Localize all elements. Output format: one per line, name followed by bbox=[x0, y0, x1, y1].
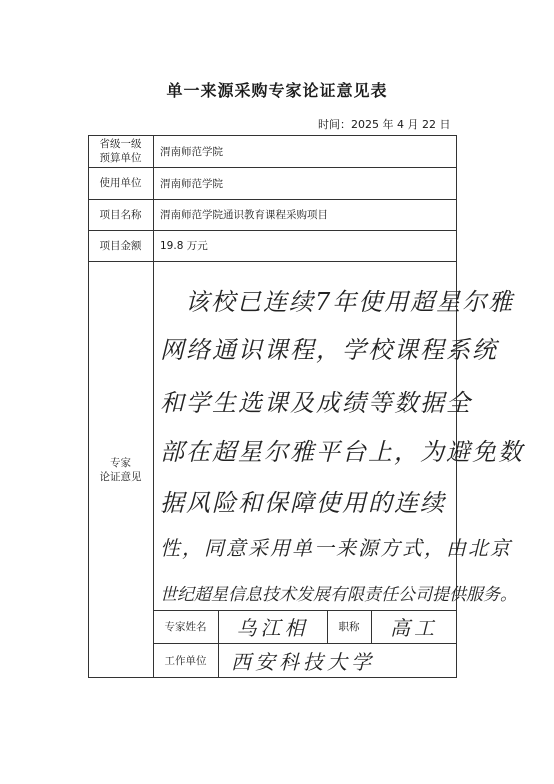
work-unit-label: 工作单位 bbox=[153, 643, 218, 678]
handwritten-line: 据风险和保障使用的连续 bbox=[160, 483, 446, 518]
budget-unit-value: 渭南师范学院 bbox=[160, 135, 450, 167]
handwritten-line: 性，同意采用单一来源方式，由北京 bbox=[160, 532, 512, 561]
date-line: 时间：2025 年 4 月 22 日 bbox=[318, 116, 450, 132]
expert-title-label: 职称 bbox=[327, 610, 371, 643]
handwritten-line: 世纪超星信息技术发展有限责任公司提供服务。 bbox=[160, 580, 517, 605]
expert-opinion-label: 专家 论证意见 bbox=[88, 261, 153, 678]
expert-name-label: 专家姓名 bbox=[153, 610, 218, 643]
project-amount-value: 19.8 万元 bbox=[160, 230, 450, 261]
document-title: 单一来源采购专家论证意见表 bbox=[0, 78, 554, 101]
expert-title-value: 高工 bbox=[371, 610, 457, 643]
project-name-label: 项目名称 bbox=[88, 199, 153, 230]
using-unit-value: 渭南师范学院 bbox=[160, 167, 450, 199]
column-divider bbox=[153, 135, 154, 678]
work-unit-value: 西安科技大学 bbox=[218, 643, 388, 678]
budget-unit-label: 省级一级 预算单位 bbox=[88, 135, 153, 167]
handwritten-line: 该校已连续7年使用超星尔雅 bbox=[185, 282, 514, 317]
project-amount-label: 项目金额 bbox=[88, 230, 153, 261]
handwritten-line: 网络通识课程，学校课程系统 bbox=[160, 330, 498, 365]
handwritten-line: 和学生选课及成绩等数据全 bbox=[160, 383, 472, 418]
expert-name-value: 乌江相 bbox=[218, 610, 327, 643]
handwritten-line: 部在超星尔雅平台上，为避免数 bbox=[160, 432, 524, 467]
project-name-value: 渭南师范学院通识教育课程采购项目 bbox=[160, 199, 450, 230]
using-unit-label: 使用单位 bbox=[88, 167, 153, 199]
